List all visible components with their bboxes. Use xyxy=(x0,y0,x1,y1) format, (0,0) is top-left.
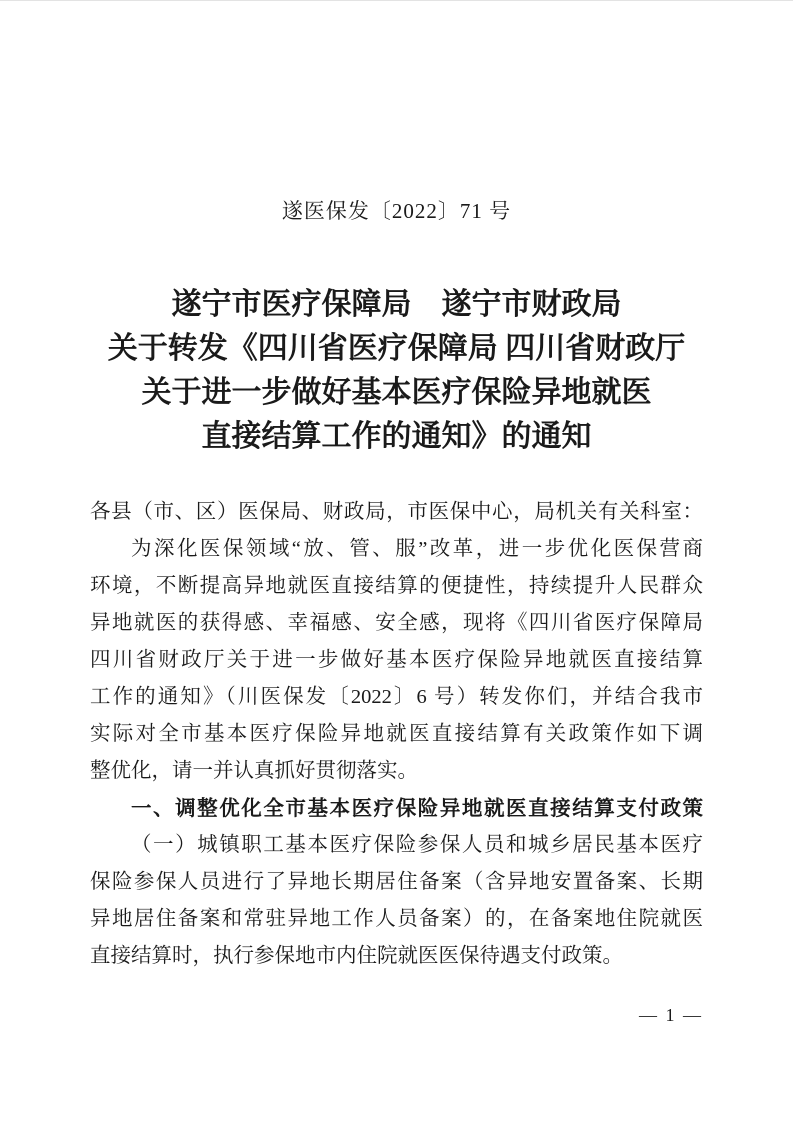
document-title-line: 关于进一步做好基本医疗保险异地就医 xyxy=(0,371,793,415)
body-text-line: 保险参保人员进行了异地长期居住备案（含异地安置备案、长期 xyxy=(90,864,703,901)
document-body: 各县（市、区）医保局、财政局，市医保中心，局机关有关科室：为深化医保领域“放、管… xyxy=(90,494,703,975)
page-number: — 1 — xyxy=(90,1005,703,1026)
body-text-line: 工作的通知》（川医保发〔2022〕6 号）转发你们，并结合我市 xyxy=(90,679,703,716)
document-title-line: 直接结算工作的通知》的通知 xyxy=(0,415,793,459)
document-number: 遂医保发〔2022〕71 号 xyxy=(0,195,793,225)
body-text-line: 四川省财政厅关于进一步做好基本医疗保险异地就医直接结算 xyxy=(90,642,703,679)
document-page: 遂医保发〔2022〕71 号 遂宁市医疗保障局 遂宁市财政局关于转发《四川省医疗… xyxy=(0,0,793,1122)
body-text-line: 各县（市、区）医保局、财政局，市医保中心，局机关有关科室： xyxy=(90,494,703,531)
body-text-line: 为深化医保领域“放、管、服”改革，进一步优化医保营商 xyxy=(90,531,703,568)
body-text-line: 实际对全市基本医疗保险异地就医直接结算有关政策作如下调 xyxy=(90,716,703,753)
body-text-line: 异地就医的获得感、幸福感、安全感，现将《四川省医疗保障局 xyxy=(90,605,703,642)
body-text-line: 异地居住备案和常驻异地工作人员备案）的，在备案地住院就医 xyxy=(90,901,703,938)
document-title-line: 关于转发《四川省医疗保障局 四川省财政厅 xyxy=(0,327,793,371)
document-title-line: 遂宁市医疗保障局 遂宁市财政局 xyxy=(0,283,793,327)
document-title: 遂宁市医疗保障局 遂宁市财政局关于转发《四川省医疗保障局 四川省财政厅关于进一步… xyxy=(0,283,793,459)
body-text-line: 整优化，请一并认真抓好贯彻落实。 xyxy=(90,753,703,790)
body-text-line: 一、调整优化全市基本医疗保险异地就医直接结算支付政策 xyxy=(90,790,703,827)
body-text-line: 环境，不断提高异地就医直接结算的便捷性，持续提升人民群众 xyxy=(90,568,703,605)
body-text-line: （一）城镇职工基本医疗保险参保人员和城乡居民基本医疗 xyxy=(90,827,703,864)
body-text-line: 直接结算时，执行参保地市内住院就医医保待遇支付政策。 xyxy=(90,938,703,975)
